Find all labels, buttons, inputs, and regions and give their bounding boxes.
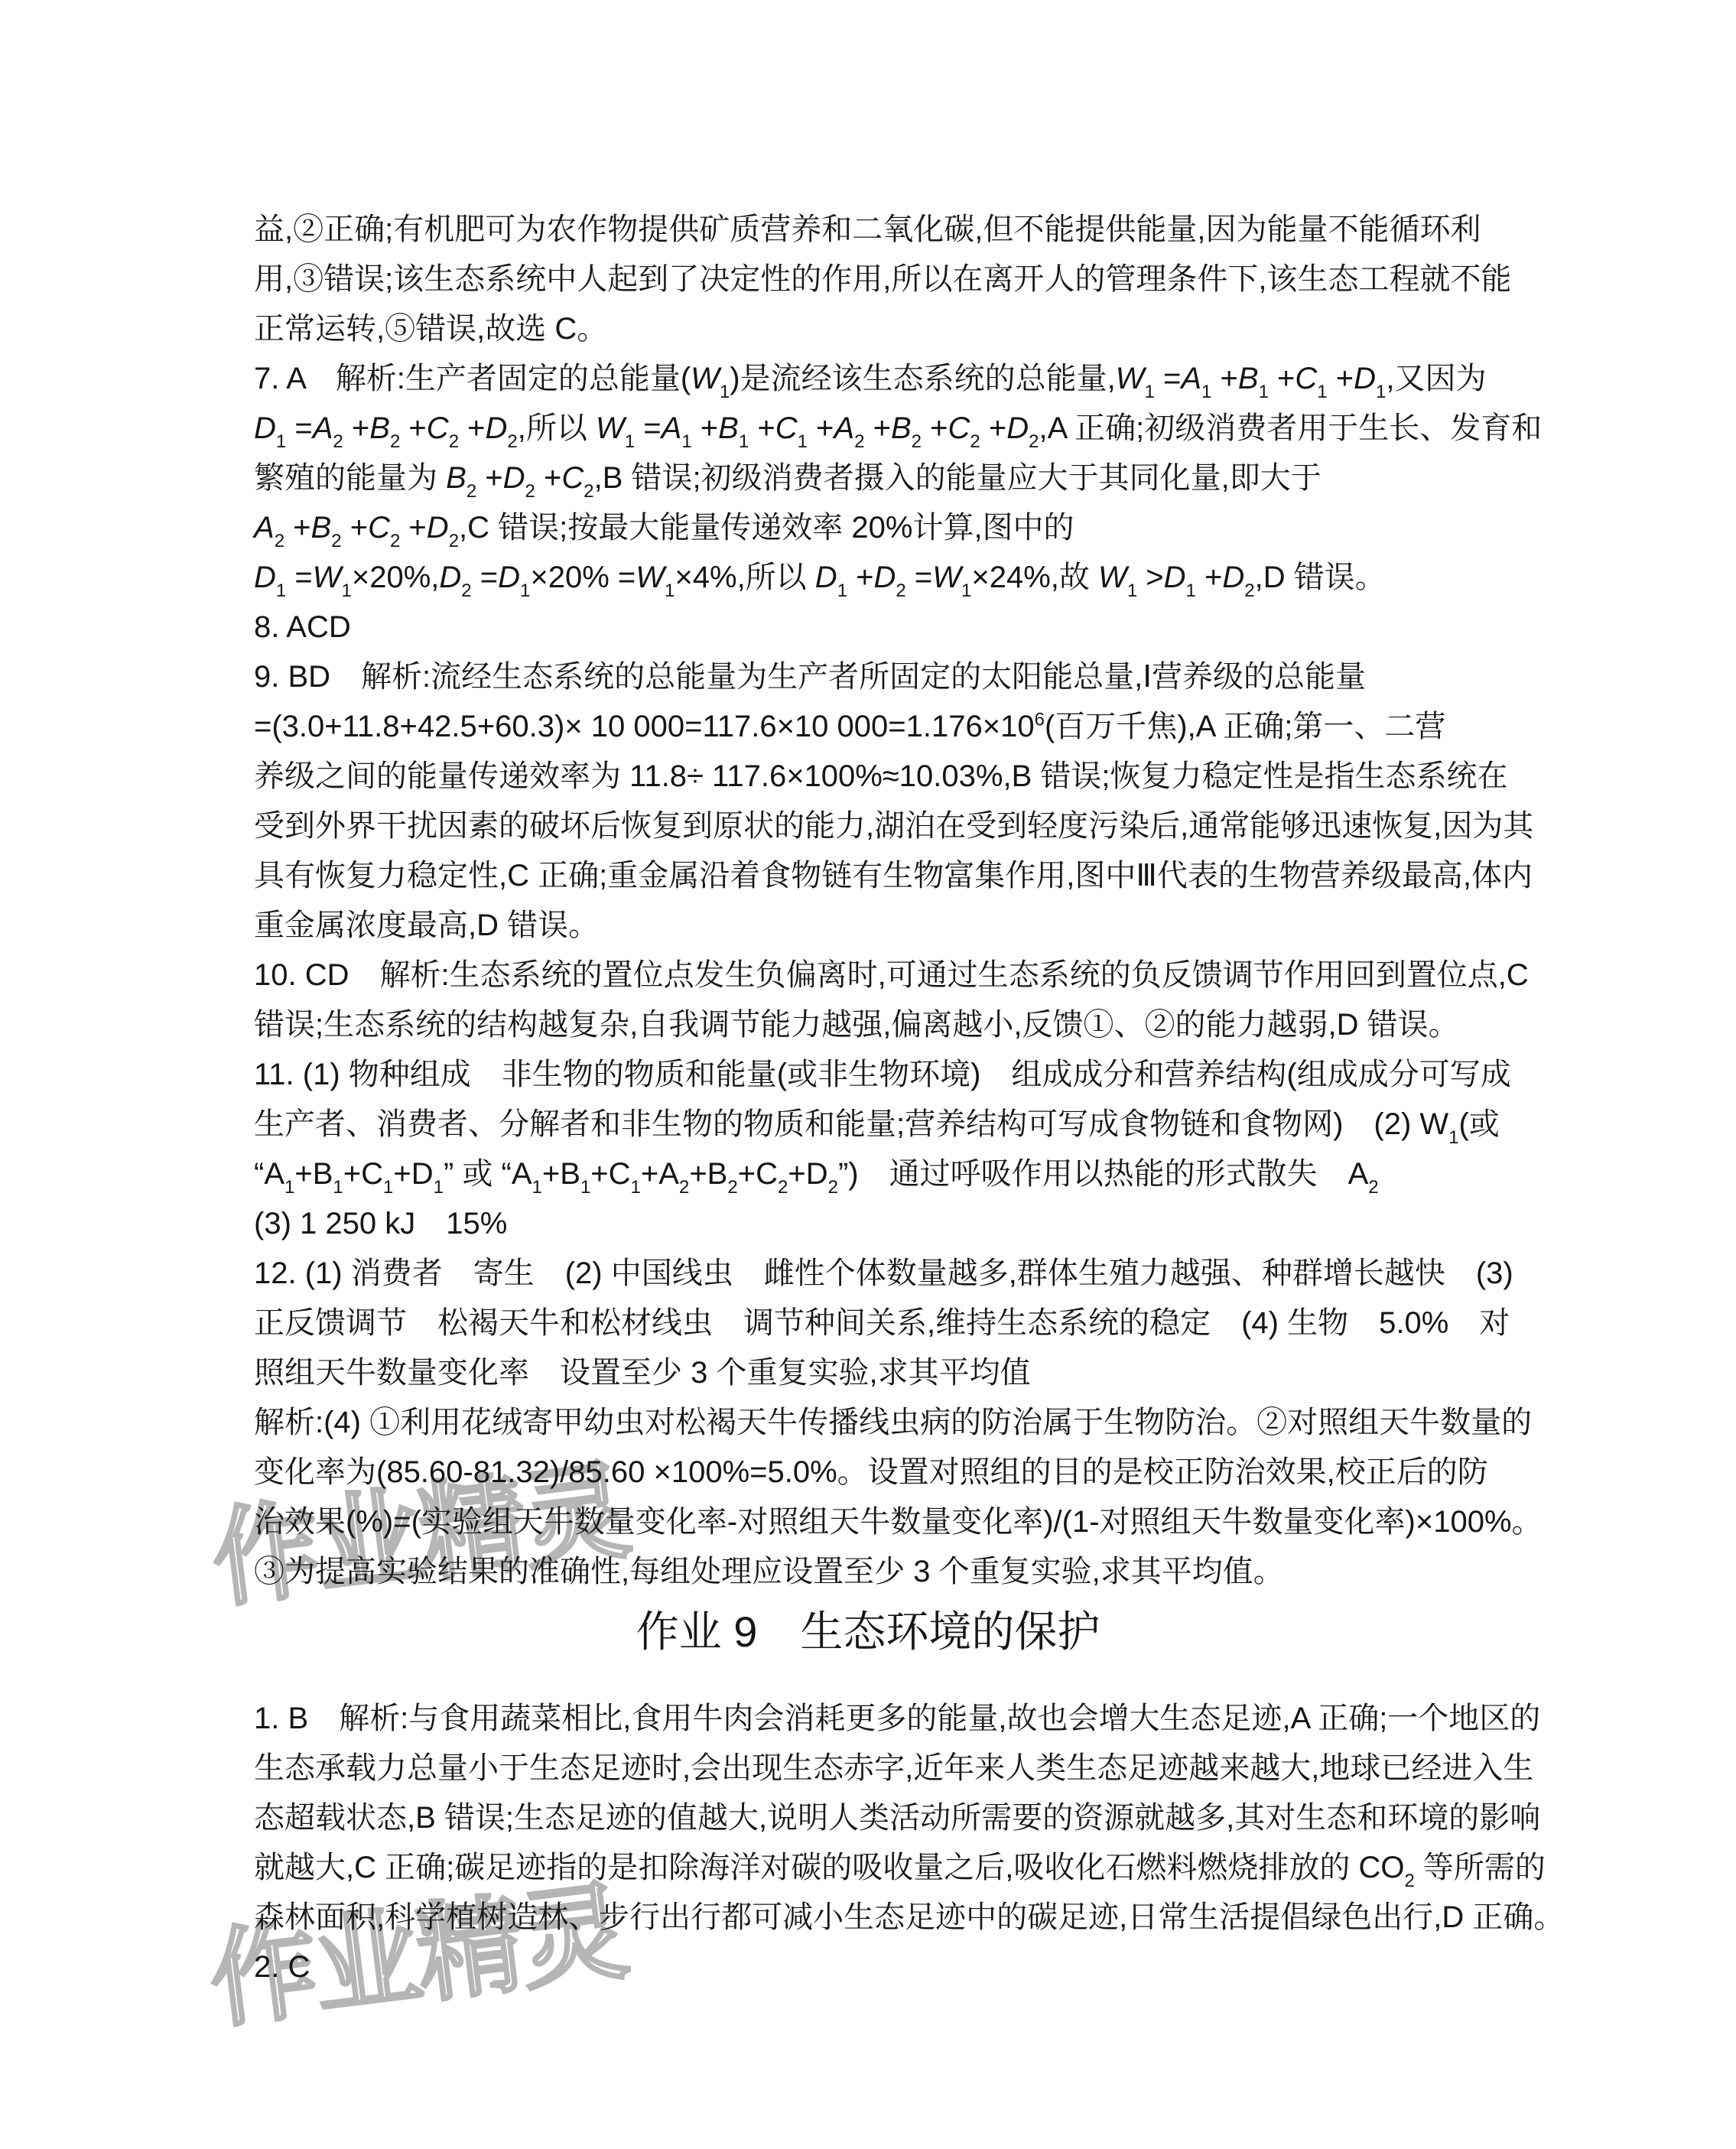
text-line: 11. (1) 物种组成 非生物的物质和能量(或非生物环境) 组成成分和营养结构… xyxy=(254,1050,1558,1100)
text-line: 10. CD 解析:生态系统的置位点发生负偏离时,可通过生态系统的负反馈调节作用… xyxy=(254,951,1558,1000)
text-line: D1 =W1×20%,D2 =D1×20% =W1×4%,所以 D1 +D2 =… xyxy=(254,553,1558,603)
text-line: 益,②正确;有机肥可为农作物提供矿质营养和二氧化碳,但不能提供能量,因为能量不能… xyxy=(254,205,1558,255)
text-line: 具有恢复力稳定性,C 正确;重金属沿着食物链有生物富集作用,图中Ⅲ代表的生物营养… xyxy=(254,851,1558,901)
text-line: 治效果(%)=(实验组天牛数量变化率-对照组天牛数量变化率)/(1-对照组天牛数… xyxy=(254,1497,1558,1547)
text-line: 重金属浓度最高,D 错误。 xyxy=(254,901,1558,951)
text-line: (3) 1 250 kJ 15% xyxy=(254,1199,1558,1249)
text-line: 变化率为(85.60-81.32)/85.60 ×100%=5.0%。设置对照组… xyxy=(254,1448,1558,1497)
text-line: 照组天牛数量变化率 设置至少 3 个重复实验,求其平均值 xyxy=(254,1348,1558,1398)
text-line: 繁殖的能量为 B2 +D2 +C2,B 错误;初级消费者摄入的能量应大于其同化量… xyxy=(254,454,1558,503)
text-line: 7. A 解析:生产者固定的总能量(W1)是流经该生态系统的总能量,W1 =A1… xyxy=(254,354,1558,404)
text-line: 正反馈调节 松褐天牛和松材线虫 调节种间关系,维持生态系统的稳定 (4) 生物 … xyxy=(254,1299,1558,1348)
text-line: 解析:(4) ①利用花绒寄甲幼虫对松褐天牛传播线虫病的防治属于生物防治。②对照组… xyxy=(254,1398,1558,1448)
text-line: 生态承载力总量小于生态足迹时,会出现生态赤字,近年来人类生态足迹越来越大,地球已… xyxy=(254,1744,1558,1793)
text-line: 生产者、消费者、分解者和非生物的物质和能量;营养结构可写成食物链和食物网) (2… xyxy=(254,1100,1558,1149)
text-line: 8. ACD xyxy=(254,603,1558,652)
text-line: 态超载状态,B 错误;生态足迹的值越大,说明人类活动所需要的资源就越多,其对生态… xyxy=(254,1793,1558,1843)
text-line: 养级之间的能量传递效率为 11.8÷ 117.6×100%≈10.03%,B 错… xyxy=(254,752,1558,801)
text-line: 森林面积,科学植树造林、步行出行都可减小生态足迹中的碳足迹,日常生活提倡绿色出行… xyxy=(254,1893,1558,1943)
text-line: 12. (1) 消费者 寄生 (2) 中国线虫 雌性个体数量越多,群体生殖力越强… xyxy=(254,1249,1558,1299)
section-heading: 作业 9 生态环境的保护 xyxy=(0,1583,1736,1681)
answer-key-page: 作业精灵 作业精灵 益,②正确;有机肥可为农作物提供矿质营养和二氧化碳,但不能提… xyxy=(0,0,1736,2149)
text-line: 1. B 解析:与食用蔬菜相比,食用牛肉会消耗更多的能量,故也会增大生态足迹,A… xyxy=(254,1694,1558,1744)
text-line: 用,③错误;该生态系统中人起到了决定性的作用,所以在离开人的管理条件下,该生态工… xyxy=(254,255,1558,304)
text-line: 就越大,C 正确;碳足迹指的是扣除海洋对碳的吸收量之后,吸收化石燃料燃烧排放的 … xyxy=(254,1843,1558,1893)
text-line: 9. BD 解析:流经生态系统的总能量为生产者所固定的太阳能总量,Ⅰ营养级的总能… xyxy=(254,652,1558,702)
text-line: 正常运转,⑤错误,故选 C。 xyxy=(254,304,1558,354)
text-line: D1 =A2 +B2 +C2 +D2,所以 W1 =A1 +B1 +C1 +A2… xyxy=(254,404,1558,454)
answer-text-top: 益,②正确;有机肥可为农作物提供矿质营养和二氧化碳,但不能提供能量,因为能量不能… xyxy=(254,205,1558,1597)
text-line: 2. C xyxy=(254,1943,1558,1992)
text-line: “A1+B1+C1+D1” 或 “A1+B1+C1+A2+B2+C2+D2”) … xyxy=(254,1149,1558,1199)
text-line: A2 +B2 +C2 +D2,C 错误;按最大能量传递效率 20%计算,图中的 xyxy=(254,503,1558,553)
text-line: =(3.0+11.8+42.5+60.3)× 10 000=117.6×10 0… xyxy=(254,702,1558,752)
text-line: 错误;生态系统的结构越复杂,自我调节能力越强,偏离越小,反馈①、②的能力越弱,D… xyxy=(254,1000,1558,1050)
answer-text-bottom: 1. B 解析:与食用蔬菜相比,食用牛肉会消耗更多的能量,故也会增大生态足迹,A… xyxy=(254,1694,1558,1992)
text-line: 受到外界干扰因素的破坏后恢复到原状的能力,湖泊在受到轻度污染后,通常能够迅速恢复… xyxy=(254,801,1558,851)
